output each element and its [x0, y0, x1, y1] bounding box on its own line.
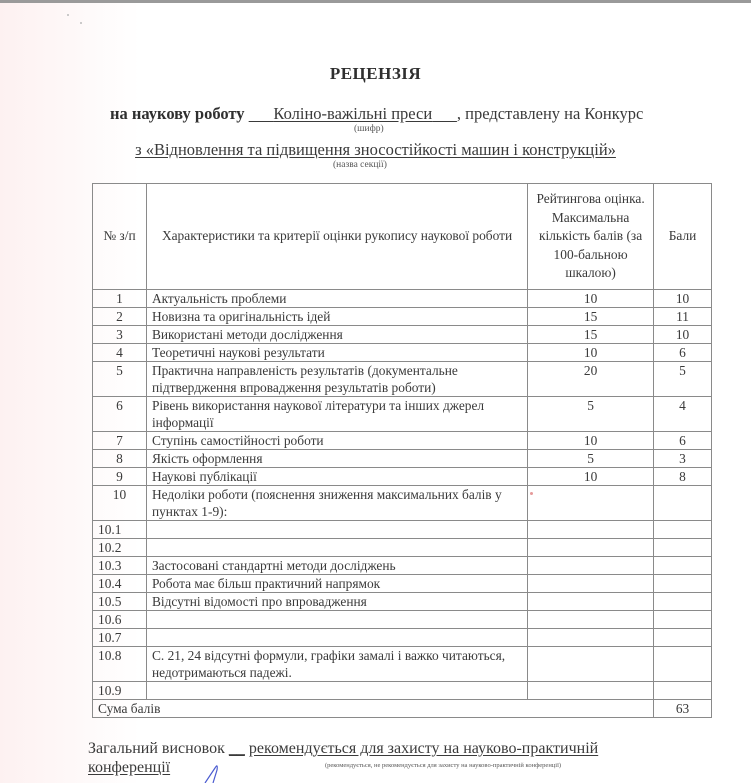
row-num: 10.8 — [93, 647, 147, 682]
row-points — [654, 647, 712, 682]
row-points — [654, 575, 712, 593]
scan-speck — [80, 22, 82, 24]
scan-red-speck — [530, 492, 533, 495]
row-criteria: Теоретичні наукові результати — [146, 344, 527, 362]
row-points: 8 — [654, 468, 712, 486]
row-criteria — [146, 521, 527, 539]
row-max-score: 15 — [528, 326, 654, 344]
table-row: 10.2 — [93, 539, 712, 557]
row-max-score — [528, 575, 654, 593]
row-num: 7 — [93, 432, 147, 450]
row-max-score: 10 — [528, 468, 654, 486]
row-num: 2 — [93, 308, 147, 326]
row-num: 10.6 — [93, 611, 147, 629]
row-max-score: 5 — [528, 450, 654, 468]
table-row: 10.8С. 21, 24 відсутні формули, графіки … — [93, 647, 712, 682]
table-row: 10.1 — [93, 521, 712, 539]
row-criteria: Наукові публікації — [146, 468, 527, 486]
document-title: РЕЦЕНЗІЯ — [0, 64, 751, 84]
row-max-score — [528, 593, 654, 611]
table-row: 2Новизна та оригінальність ідей1511 — [93, 308, 712, 326]
row-num: 10.1 — [93, 521, 147, 539]
header-max-score: Рейтингова оцінка. Максимальна кількість… — [528, 184, 654, 290]
row-num: 10 — [93, 486, 147, 521]
row-points — [654, 629, 712, 647]
row-num: 9 — [93, 468, 147, 486]
row-num: 3 — [93, 326, 147, 344]
row-points — [654, 539, 712, 557]
header-num: № з/п — [93, 184, 147, 290]
work-title-line: на наукову роботу Коліно-важільні преси … — [110, 104, 730, 124]
row-criteria: Застосовані стандартні методи досліджень — [146, 557, 527, 575]
table-row: 10.3Застосовані стандартні методи дослід… — [93, 557, 712, 575]
row-max-score — [528, 611, 654, 629]
row-num: 10.7 — [93, 629, 147, 647]
row-criteria: Недоліки роботи (пояснення зниження макс… — [146, 486, 527, 521]
conclusion-line-2: конференції — [88, 759, 170, 777]
row-points — [654, 682, 712, 700]
row-criteria: С. 21, 24 відсутні формули, графіки зама… — [146, 647, 527, 682]
work-code-field: Коліно-важільні преси — [249, 104, 457, 123]
row-criteria — [146, 539, 527, 557]
row-max-score — [528, 521, 654, 539]
sum-row: Сума балів 63 — [93, 700, 712, 718]
row-max-score: 10 — [528, 290, 654, 308]
row-num: 10.4 — [93, 575, 147, 593]
row-criteria — [146, 682, 527, 700]
row-criteria: Ступінь самостійності роботи — [146, 432, 527, 450]
table-header-row: № з/п Характеристики та критерії оцінки … — [93, 184, 712, 290]
row-num: 10.3 — [93, 557, 147, 575]
table-row: 3Використані методи дослідження1510 — [93, 326, 712, 344]
scan-speck — [67, 14, 69, 16]
conclusion-label: Загальний висновок — [88, 740, 225, 757]
row-points: 3 — [654, 450, 712, 468]
conclusion-value: рекомендується для захисту на науково-пр… — [249, 740, 598, 757]
table-row: 9Наукові публікації108 — [93, 468, 712, 486]
scan-top-edge — [0, 0, 751, 3]
section-line: з «Відновлення та підвищення зносостійко… — [0, 140, 751, 160]
row-max-score — [528, 629, 654, 647]
section-caption: (назва секції) — [333, 160, 387, 170]
work-suffix: , представлену на Конкурс — [457, 104, 643, 123]
row-max-score — [528, 682, 654, 700]
row-criteria: Робота має більш практичний напрямок — [146, 575, 527, 593]
row-max-score — [528, 557, 654, 575]
conclusion-caption: (рекомендується, не рекомендується для з… — [325, 762, 561, 769]
row-points: 10 — [654, 326, 712, 344]
row-points: 6 — [654, 432, 712, 450]
row-max-score: 10 — [528, 344, 654, 362]
row-points — [654, 611, 712, 629]
signature-mark — [195, 760, 235, 783]
review-table: № з/п Характеристики та критерії оцінки … — [92, 183, 712, 718]
row-max-score: 20 — [528, 362, 654, 397]
table-row: 7Ступінь самостійності роботи106 — [93, 432, 712, 450]
row-criteria: Рівень використання наукової літератури … — [146, 397, 527, 432]
table-row: 5Практична направленість результатів (до… — [93, 362, 712, 397]
row-num: 10.9 — [93, 682, 147, 700]
table-row: 10.6 — [93, 611, 712, 629]
conclusion-line: Загальний висновок __ рекомендується для… — [88, 740, 598, 758]
row-max-score: 15 — [528, 308, 654, 326]
conclusion-blank: __ — [229, 740, 245, 757]
work-prefix: на наукову роботу — [110, 104, 245, 123]
work-code: Коліно-важільні преси — [273, 104, 432, 123]
row-points — [654, 521, 712, 539]
row-criteria: Актуальність проблеми — [146, 290, 527, 308]
header-points: Бали — [654, 184, 712, 290]
table-row: 10.5Відсутні відомості про впровадження — [93, 593, 712, 611]
table-row: 10.4Робота має більш практичний напрямок — [93, 575, 712, 593]
row-max-score — [528, 486, 654, 521]
row-criteria: Якість оформлення — [146, 450, 527, 468]
row-points — [654, 486, 712, 521]
row-max-score: 10 — [528, 432, 654, 450]
header-criteria: Характеристики та критерії оцінки рукопи… — [146, 184, 527, 290]
sum-label: Сума балів — [93, 700, 654, 718]
row-criteria: Новизна та оригінальність ідей — [146, 308, 527, 326]
row-num: 4 — [93, 344, 147, 362]
row-max-score: 5 — [528, 397, 654, 432]
row-criteria: Використані методи дослідження — [146, 326, 527, 344]
section-name: з «Відновлення та підвищення зносостійко… — [135, 140, 616, 159]
row-criteria — [146, 611, 527, 629]
row-max-score — [528, 539, 654, 557]
row-num: 8 — [93, 450, 147, 468]
row-num: 10.2 — [93, 539, 147, 557]
row-points: 5 — [654, 362, 712, 397]
conclusion-value-cont: конференції — [88, 759, 170, 776]
row-points: 11 — [654, 308, 712, 326]
table-row: 10.7 — [93, 629, 712, 647]
row-num: 10.5 — [93, 593, 147, 611]
row-num: 6 — [93, 397, 147, 432]
row-max-score — [528, 647, 654, 682]
row-points: 4 — [654, 397, 712, 432]
table-row: 8Якість оформлення53 — [93, 450, 712, 468]
table-row: 6Рівень використання наукової літератури… — [93, 397, 712, 432]
row-points: 10 — [654, 290, 712, 308]
row-criteria — [146, 629, 527, 647]
row-criteria: Практична направленість результатів (док… — [146, 362, 527, 397]
row-points — [654, 557, 712, 575]
row-num: 5 — [93, 362, 147, 397]
row-points: 6 — [654, 344, 712, 362]
row-points — [654, 593, 712, 611]
row-num: 1 — [93, 290, 147, 308]
sum-value: 63 — [654, 700, 712, 718]
code-caption: (шифр) — [354, 124, 384, 134]
table-row: 4Теоретичні наукові результати106 — [93, 344, 712, 362]
table-row: 10.9 — [93, 682, 712, 700]
table-row: 10Недоліки роботи (пояснення зниження ма… — [93, 486, 712, 521]
table-row: 1Актуальність проблеми1010 — [93, 290, 712, 308]
row-criteria: Відсутні відомості про впровадження — [146, 593, 527, 611]
